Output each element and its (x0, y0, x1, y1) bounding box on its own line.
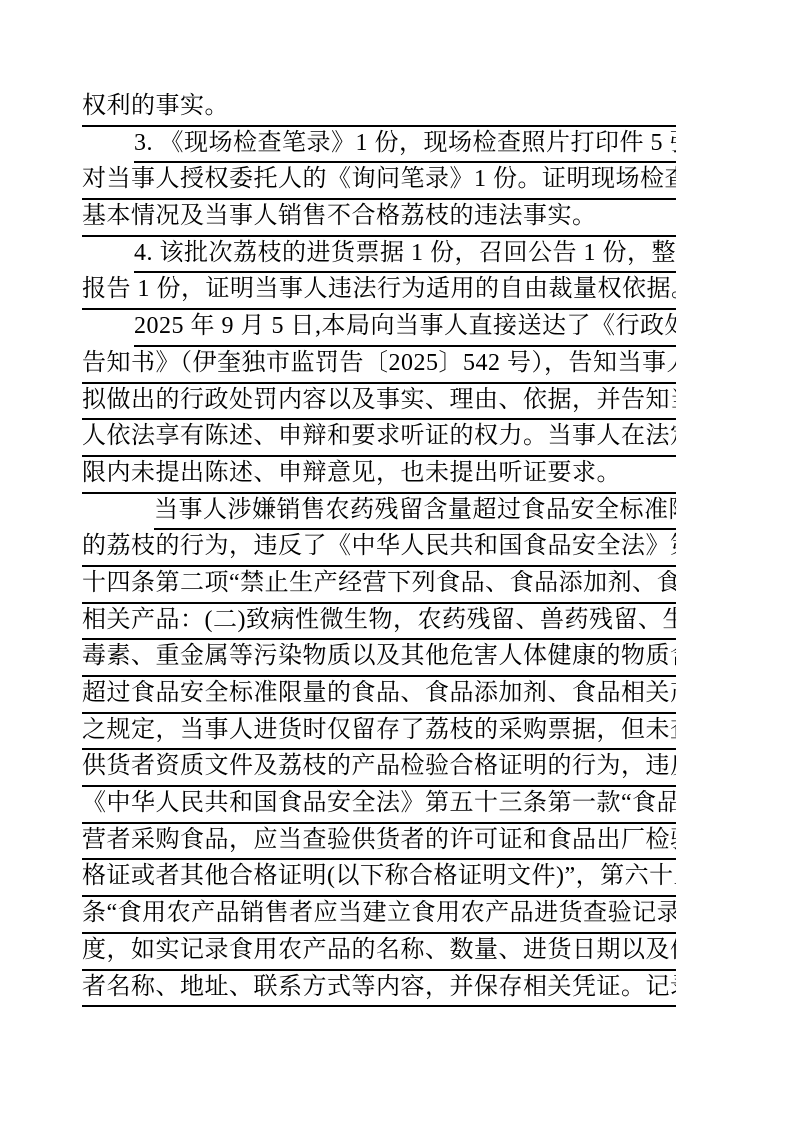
text-line: 的荔枝的行为，违反了《中华人民共和国食品安全法》第三 (82, 530, 676, 567)
text-line: 人依法享有陈述、申辩和要求听证的权力。当事人在法定期 (82, 420, 676, 457)
text-line: 格证或者其他合格证明(以下称合格证明文件)”，第六十五 (82, 860, 676, 897)
text-line: 3. 《现场检查笔录》1 份，现场检查照片打印件 5 张， (134, 127, 676, 164)
text-line: 当事人涉嫌销售农药残留含量超过食品安全标准限量 (154, 494, 676, 531)
document-page: 权利的事实。3. 《现场检查笔录》1 份，现场检查照片打印件 5 张，对当事人授… (0, 0, 793, 1122)
text-line: 度，如实记录食用农产品的名称、数量、进货日期以及供货 (82, 934, 676, 971)
text-line: 权利的事实。 (82, 90, 676, 127)
text-line: 基本情况及当事人销售不合格荔枝的违法事实。 (82, 200, 676, 237)
text-line: 对当事人授权委托人的《询问笔录》1 份。证明现场检查的 (82, 163, 676, 200)
text-line: 《中华人民共和国食品安全法》第五十三条第一款“食品经 (82, 787, 676, 824)
text-line: 毒素、重金属等污染物质以及其他危害人体健康的物质含量 (82, 640, 676, 677)
text-line: 供货者资质文件及荔枝的产品检验合格证明的行为，违反了 (82, 750, 676, 787)
text-line: 十四条第二项“禁止生产经营下列食品、食品添加剂、食品 (82, 567, 676, 604)
text-line: 4. 该批次荔枝的进货票据 1 份，召回公告 1 份，整改 (134, 237, 676, 274)
text-line: 限内未提出陈述、申辩意见，也未提出听证要求。 (82, 457, 676, 494)
text-line: 之规定，当事人进货时仅留存了荔枝的采购票据，但未查验 (82, 714, 676, 751)
text-line: 超过食品安全标准限量的食品、食品添加剂、食品相关产品” (82, 677, 676, 714)
text-line: 拟做出的行政处罚内容以及事实、理由、依据，并告知当事 (82, 384, 676, 421)
text-line: 者名称、地址、联系方式等内容，并保存相关凭证。记录和 (82, 971, 676, 1008)
text-line: 报告 1 份，证明当事人违法行为适用的自由裁量权依据。 (82, 273, 676, 310)
text-line: 2025 年 9 月 5 日,本局向当事人直接送达了《行政处罚 (134, 310, 676, 347)
text-line: 告知书》（伊奎独市监罚告〔2025〕542 号），告知当事人 (82, 347, 676, 384)
document-content: 权利的事实。3. 《现场检查笔录》1 份，现场检查照片打印件 5 张，对当事人授… (82, 90, 676, 1007)
text-line: 条“食用农产品销售者应当建立食用农产品进货查验记录制 (82, 897, 676, 934)
text-line: 营者采购食品，应当查验供货者的许可证和食品出厂检验合 (82, 824, 676, 861)
text-line: 相关产品：(二)致病性微生物，农药残留、兽药残留、生物 (82, 604, 676, 641)
